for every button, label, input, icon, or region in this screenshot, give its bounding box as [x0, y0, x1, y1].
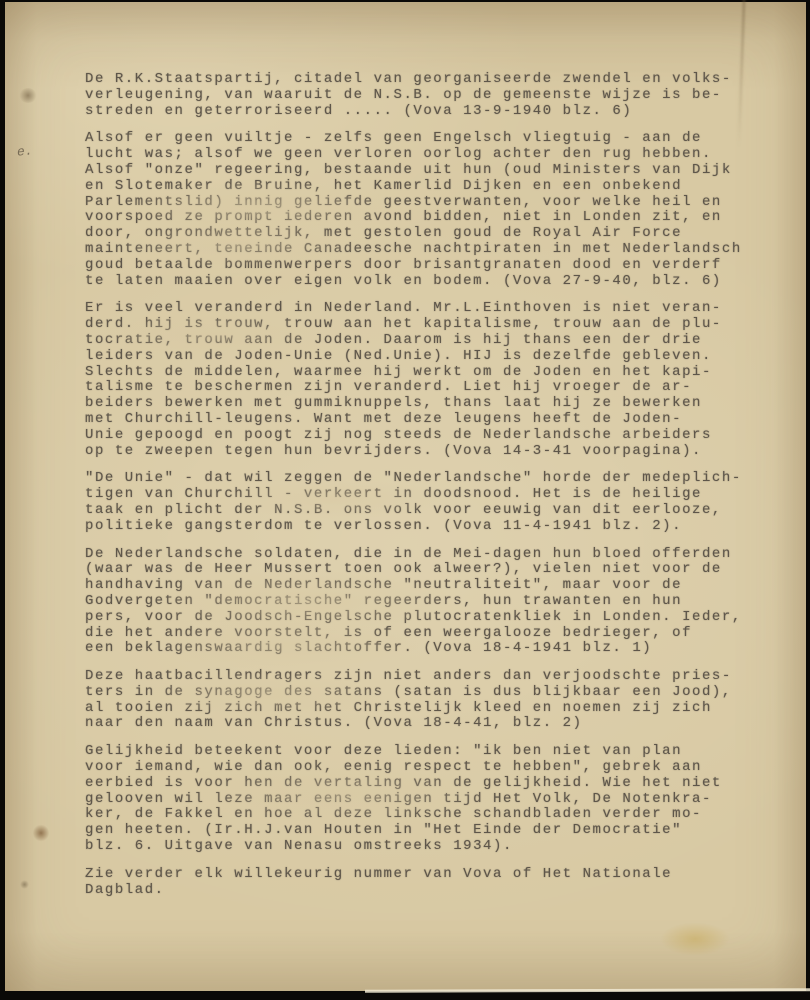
paragraph: Er is veel veranderd in Nederland. Mr.L.… [85, 301, 785, 459]
paper-blemish-bottom-left [33, 824, 49, 842]
paragraph: De Nederlandsche soldaten, die in de Mei… [85, 547, 785, 658]
paper-blemish-top-left [19, 88, 37, 103]
paragraph: Deze haatbacillendragers zijn niet ander… [85, 669, 785, 732]
scanned-document: e. De R.K.Staatspartij, citadel van geor… [0, 0, 810, 1000]
paragraph: Zie verder elk willekeurig nummer van Vo… [85, 867, 785, 899]
paragraph: Gelijkheid beteekent voor deze lieden: "… [85, 744, 785, 855]
handwritten-margin-mark: e. [16, 143, 33, 160]
paragraph: Alsof er geen vuiltje - zelfs geen Engel… [85, 131, 785, 289]
yellow-stain [660, 922, 730, 956]
paper-sheet: e. De R.K.Staatspartij, citadel van geor… [5, 2, 806, 991]
typewritten-text: De R.K.Staatspartij, citadel van georgan… [85, 72, 785, 910]
paragraph: "De Unie" - dat wil zeggen de "Nederland… [85, 471, 785, 534]
paragraph: De R.K.Staatspartij, citadel van georgan… [85, 72, 785, 119]
page-edge-highlight [365, 988, 810, 993]
paper-speck [20, 880, 29, 889]
